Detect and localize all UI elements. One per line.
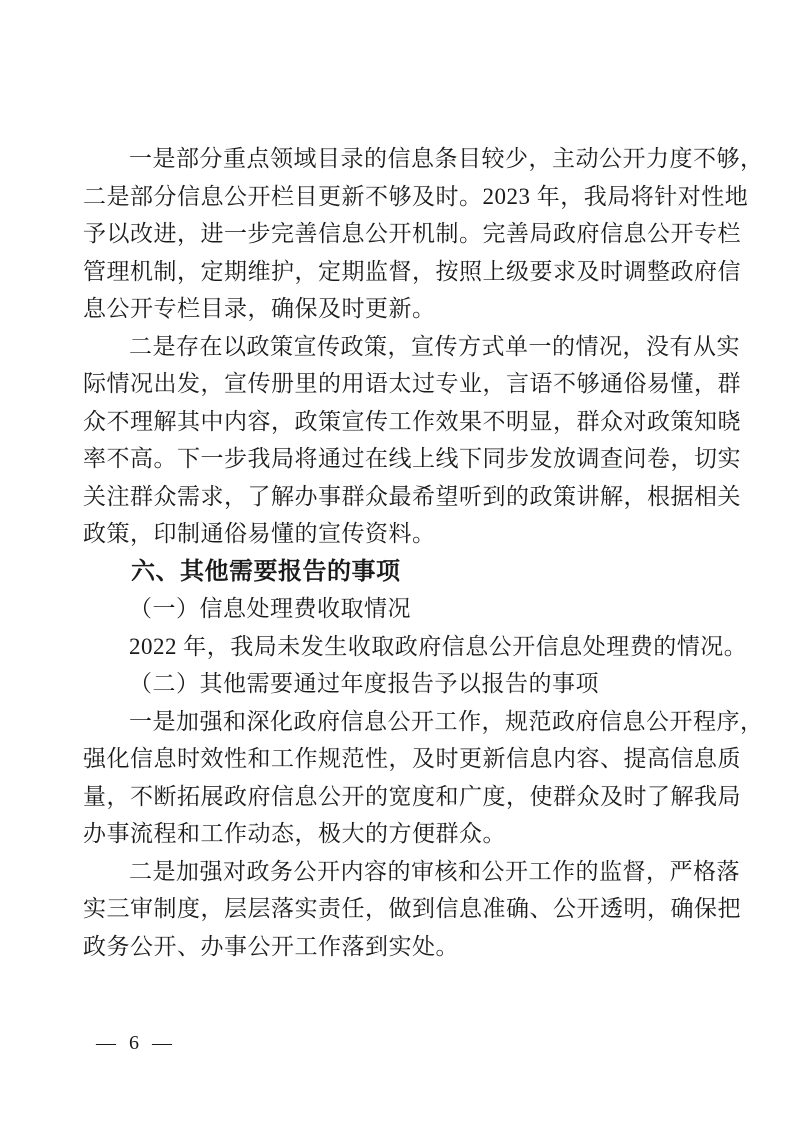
page-number: — 6 — [96,1032,176,1055]
body-line: 关注群众需求，了解办事群众最希望听到的政策讲解，根据相关 [83,478,715,516]
body-line: 予以改进，进一步完善信息公开机制。完善局政府信息公开专栏 [83,215,715,253]
body-line: 二是加强对政务公开内容的审核和公开工作的监督，严格落 [83,853,715,891]
body-line: 2022 年，我局未发生收取政府信息公开信息处理费的情况。 [83,628,715,666]
document-page: 一是部分重点领域目录的信息条目较少，主动公开力度不够， 二是部分信息公开栏目更新… [0,0,793,1122]
body-line: 众不理解其中内容，政策宣传工作效果不明显，群众对政策知晓 [83,403,715,441]
subsection-heading: （二）其他需要通过年度报告予以报告的事项 [83,665,715,703]
body-line: 一是加强和深化政府信息公开工作，规范政府信息公开程序， [83,703,715,741]
body-line: 二是存在以政策宣传政策，宣传方式单一的情况，没有从实 [83,328,715,366]
body-line: 一是部分重点领域目录的信息条目较少，主动公开力度不够， [83,140,715,178]
body-line: 强化信息时效性和工作规范性，及时更新信息内容、提高信息质 [83,740,715,778]
body-line: 息公开专栏目录，确保及时更新。 [83,290,715,328]
document-body: 一是部分重点领域目录的信息条目较少，主动公开力度不够， 二是部分信息公开栏目更新… [83,140,715,965]
subsection-heading: （一）信息处理费收取情况 [83,590,715,628]
body-line: 办事流程和工作动态，极大的方便群众。 [83,815,715,853]
body-line: 管理机制，定期维护，定期监督，按照上级要求及时调整政府信 [83,253,715,291]
body-line: 际情况出发，宣传册里的用语太过专业，言语不够通俗易懂，群 [83,365,715,403]
body-line: 政策，印制通俗易懂的宣传资料。 [83,515,715,553]
section-heading: 六、其他需要报告的事项 [83,553,715,591]
body-line: 二是部分信息公开栏目更新不够及时。2023 年，我局将针对性地 [83,178,715,216]
body-line: 量，不断拓展政府信息公开的宽度和广度，使群众及时了解我局 [83,778,715,816]
body-line: 政务公开、办事公开工作落到实处。 [83,928,715,966]
body-line: 实三审制度，层层落实责任，做到信息准确、公开透明，确保把 [83,890,715,928]
body-line: 率不高。下一步我局将通过在线上线下同步发放调查问卷，切实 [83,440,715,478]
